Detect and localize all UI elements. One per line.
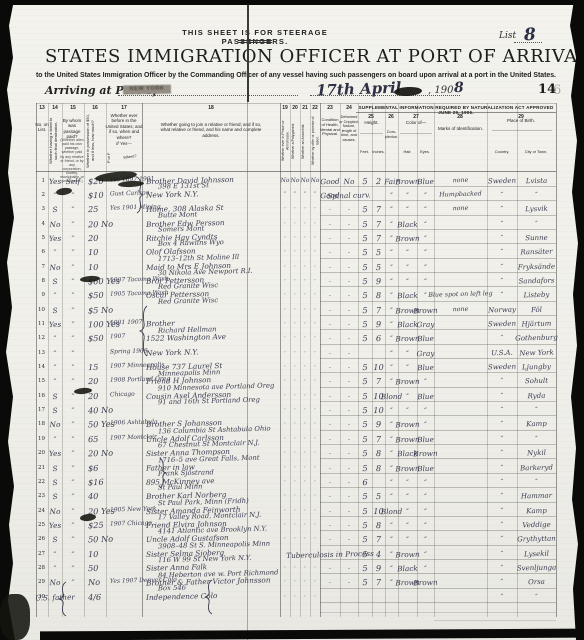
cell-marks: Blue spot on left leg bbox=[434, 288, 487, 304]
cell-paid: ″ bbox=[62, 432, 84, 447]
cell-q21: · bbox=[300, 231, 310, 246]
cell-hair: ″ bbox=[398, 403, 417, 418]
cell-country: ″ bbox=[487, 431, 517, 446]
col-29-country: Country. bbox=[488, 150, 516, 155]
cell-q19: · bbox=[280, 489, 290, 504]
manifest-row: 21S″$6Father in lawFrank Sjöstrand······… bbox=[0, 461, 584, 475]
cell-country: ″ bbox=[487, 259, 517, 274]
cell-q21: · bbox=[300, 317, 310, 332]
cell-country: Sweden bbox=[487, 317, 517, 332]
cell-deformed: · bbox=[340, 489, 358, 504]
cell-feet: 5 bbox=[358, 575, 372, 590]
cell-eyes: Brown bbox=[417, 302, 434, 317]
scan-edge-top bbox=[0, 0, 584, 5]
cell-inches: 5 bbox=[372, 259, 385, 274]
cell-q20: · bbox=[290, 561, 300, 576]
row-number: 13 bbox=[34, 350, 45, 356]
cell-ever: 1907 bbox=[110, 334, 125, 340]
cell-inches: 5 bbox=[372, 245, 385, 260]
cell-paid: ″ bbox=[62, 317, 84, 332]
cell-q21: · bbox=[300, 403, 310, 418]
cell-hair: Brown bbox=[398, 331, 417, 346]
cell-deformed: · bbox=[340, 331, 358, 346]
row-number: 17 bbox=[34, 407, 45, 413]
cell-inches: 7 bbox=[372, 302, 385, 317]
cell-q21: · bbox=[300, 202, 310, 217]
cell-q22: · bbox=[310, 202, 320, 217]
cell-q22: · bbox=[310, 216, 320, 231]
cell-q22: · bbox=[310, 231, 320, 246]
cell-country: ″ bbox=[487, 331, 517, 346]
cell-feet: 5 bbox=[358, 259, 372, 274]
cell-country: ″ bbox=[487, 274, 517, 289]
cell-city: Ransäter bbox=[517, 245, 556, 260]
cell-q22: · bbox=[310, 417, 320, 432]
cell-country: ″ bbox=[487, 474, 517, 489]
cell-city: Hjärtum bbox=[517, 316, 556, 331]
cell-ticket: U.S. father bbox=[48, 589, 62, 604]
cell-deformed: · bbox=[340, 475, 358, 490]
cell-q20: · bbox=[290, 446, 300, 461]
cell-city: Sohult bbox=[517, 374, 556, 389]
cell-feet: 5 bbox=[358, 231, 372, 246]
table-bottom-line bbox=[320, 612, 556, 613]
row-number: 25 bbox=[34, 522, 45, 528]
cell-feet: 5 bbox=[358, 561, 372, 576]
cell-complexion: ″ bbox=[385, 403, 398, 418]
row-number: 23 bbox=[34, 493, 45, 499]
row-number: 5 bbox=[34, 235, 45, 241]
cell-q19: · bbox=[280, 202, 290, 217]
cell-paid: ″ bbox=[62, 202, 84, 217]
column-number-15: 15 bbox=[67, 105, 79, 111]
cell-eyes: ″ bbox=[417, 374, 434, 389]
cell-ticket: No bbox=[48, 417, 62, 432]
cell-complexion: ″ bbox=[385, 274, 398, 289]
cell-health: · bbox=[320, 374, 340, 389]
cell-city: ″ bbox=[517, 216, 556, 231]
cell-money: $50 bbox=[88, 334, 104, 343]
cell-q22: · bbox=[310, 360, 320, 375]
cell-country: ″ bbox=[487, 518, 517, 533]
cell-eyes: Gray bbox=[417, 345, 434, 360]
cell-city: Sunne bbox=[517, 230, 556, 245]
row-number: 21 bbox=[34, 465, 45, 471]
cell-paid: ″ bbox=[62, 231, 84, 246]
cell-money: $50 bbox=[88, 291, 104, 300]
cell-q21: · bbox=[300, 374, 310, 389]
manifest-row: 2″″$10Gust CarlsonNew York N.Y.″″″″GoodS… bbox=[0, 188, 584, 202]
row-number: 22 bbox=[34, 479, 45, 485]
cell-money: $16 bbox=[88, 478, 104, 487]
cell-deformed: · bbox=[340, 403, 358, 418]
cell-country: ″ bbox=[487, 288, 517, 303]
table-bottom-line-2 bbox=[434, 620, 556, 621]
cell-hair: Black bbox=[398, 216, 417, 231]
cell-q20: · bbox=[290, 575, 300, 590]
cell-inches: 8 bbox=[372, 460, 385, 475]
row-number: 14 bbox=[34, 364, 45, 370]
banner-underline bbox=[356, 112, 556, 113]
cell-health: Good bbox=[320, 173, 340, 188]
cell-feet: 5 bbox=[358, 546, 372, 561]
row-number: 2 bbox=[34, 192, 45, 198]
cell-country: ″ bbox=[487, 503, 517, 518]
cell-paid: ″ bbox=[62, 546, 84, 561]
manifest-row: 11Yes″100 Yes1901 1907BrotherRichard Hel… bbox=[0, 317, 584, 331]
cell-deformed: · bbox=[340, 446, 358, 461]
cell-q19: · bbox=[280, 589, 290, 604]
cell-city: Listeby bbox=[517, 288, 556, 303]
manifest-row: 10S″$5 No······57″BrownBrownnoneNorwayFö… bbox=[0, 303, 584, 317]
cell-feet: 5 bbox=[358, 489, 372, 504]
cell-q20: · bbox=[290, 489, 300, 504]
manifest-row: 22S″$16895 McKinney aveSt Paul Minn·····… bbox=[0, 475, 584, 489]
cell-q22: · bbox=[310, 374, 320, 389]
cell-country: U.S.A. bbox=[487, 345, 517, 360]
cell-hair: ″ bbox=[398, 259, 417, 274]
cell-q19: · bbox=[280, 460, 290, 475]
cell-paid: ″ bbox=[62, 489, 84, 504]
cell-q19: · bbox=[280, 374, 290, 389]
column-number-28: 28 bbox=[454, 114, 466, 120]
row-number: 26 bbox=[34, 536, 45, 542]
cell-eyes: ″ bbox=[417, 489, 434, 504]
cell-deformed: · bbox=[340, 288, 358, 303]
cell-q20: · bbox=[290, 417, 300, 432]
cell-q19: · bbox=[280, 331, 290, 346]
manifest-row: 17S″40 No······510″″″″″ bbox=[0, 403, 584, 417]
cell-q20: · bbox=[290, 389, 300, 404]
cell-hair: Brown bbox=[398, 432, 417, 447]
cell-q19: · bbox=[280, 518, 290, 533]
column-number-25: 25 bbox=[365, 114, 377, 120]
cell-q21: · bbox=[300, 589, 310, 604]
cell-q20: · bbox=[290, 202, 300, 217]
cell-ticket: S bbox=[48, 274, 62, 289]
cell-country: ″ bbox=[487, 374, 517, 389]
cell-deformed: · bbox=[340, 575, 358, 590]
cell-q21: · bbox=[300, 216, 310, 231]
cell-q19: · bbox=[280, 346, 290, 361]
cell-eyes: ″ bbox=[417, 518, 434, 533]
cell-eyes: Gray bbox=[417, 317, 434, 332]
cell-inches: 7 bbox=[372, 374, 385, 389]
cell-city: Hammar bbox=[517, 489, 556, 504]
cell-eyes: ″ bbox=[417, 561, 434, 576]
cell-eyes: Blue bbox=[417, 432, 434, 447]
row-number: 4 bbox=[34, 221, 45, 227]
column-number-26: 26 bbox=[385, 114, 397, 120]
cell-q22: ″ bbox=[310, 188, 320, 203]
cell-health: · bbox=[320, 360, 340, 375]
row-number: 8 bbox=[34, 278, 45, 284]
cell-country: ″ bbox=[487, 216, 517, 231]
cell-hair: ″ bbox=[398, 202, 417, 217]
port-stamp: NEW YORK bbox=[123, 85, 171, 95]
cell-complexion: Blond bbox=[385, 389, 398, 404]
manifest-row: 29No″NoYes 1907 Denver ColoBrother & Fat… bbox=[0, 575, 584, 589]
cell-q21: · bbox=[300, 432, 310, 447]
cell-feet: 5 bbox=[358, 389, 372, 404]
col-22-header: Whether by offer or promise of labor. bbox=[311, 112, 319, 170]
cell-q21: · bbox=[300, 288, 310, 303]
manifest-row: 14″″151907 MinneapolisHouse 737 Laurel S… bbox=[0, 360, 584, 374]
date-printed: , 190 bbox=[428, 85, 453, 96]
cell-q21: · bbox=[300, 532, 310, 547]
cell-q20: · bbox=[290, 231, 300, 246]
cell-health: · bbox=[320, 345, 340, 360]
row-number: 28 bbox=[34, 565, 45, 571]
manifest-row: 9″″$501905 Tacoma WashOscar PetterssonRe… bbox=[0, 288, 584, 302]
cell-eyes: ″ bbox=[417, 245, 434, 260]
cell-health: · bbox=[320, 331, 340, 346]
cell-deformed: · bbox=[340, 460, 358, 475]
cell-q22: · bbox=[310, 274, 320, 289]
cell-city: New York bbox=[517, 345, 556, 360]
cell-ticket: S bbox=[48, 389, 62, 404]
cell-ticket: ″ bbox=[48, 432, 62, 447]
cell-health: · bbox=[320, 231, 340, 246]
cell-money: 10 bbox=[88, 549, 99, 557]
row-number: 15 bbox=[34, 378, 45, 384]
cell-q19: No bbox=[280, 173, 290, 188]
column-number-27: 27 bbox=[410, 114, 422, 120]
col-27-header: Color of— bbox=[398, 120, 434, 125]
cell-hair: ″ bbox=[398, 503, 417, 518]
cell-eyes: Brown bbox=[417, 575, 434, 590]
cell-paid: ″ bbox=[62, 345, 84, 360]
cell-inches: 5 bbox=[372, 489, 385, 504]
cell-feet: 5 bbox=[358, 317, 372, 332]
cell-q19: · bbox=[280, 403, 290, 418]
cell-hair: ″ bbox=[398, 188, 417, 203]
cell-city: Orsa bbox=[517, 575, 556, 590]
cell-eyes: ″ bbox=[417, 216, 434, 231]
cell-feet: 5 bbox=[358, 331, 372, 346]
cell-feet: 5 bbox=[358, 518, 372, 533]
cell-q22: · bbox=[310, 245, 320, 260]
cell-ticket: ″ bbox=[48, 288, 62, 303]
cell-q21: · bbox=[300, 360, 310, 375]
cell-eyes: Blue bbox=[417, 331, 434, 346]
cell-ticket: ″ bbox=[48, 374, 62, 389]
cell-q20: · bbox=[290, 374, 300, 389]
cell-money: $6 bbox=[88, 463, 99, 471]
cell-money: 20 bbox=[88, 234, 99, 242]
cell-feet: 6 bbox=[358, 475, 372, 490]
cell-complexion: ″ bbox=[385, 259, 398, 274]
row-number: 16 bbox=[34, 393, 45, 399]
cell-inches: 9 bbox=[372, 274, 385, 289]
cell-q21: · bbox=[300, 417, 310, 432]
cell-marks: none bbox=[434, 173, 487, 189]
cell-ticket: S bbox=[48, 489, 62, 504]
cell-ticket: Yes bbox=[48, 231, 62, 246]
cell-hair: Brown bbox=[398, 374, 417, 389]
cell-country: ″ bbox=[487, 202, 517, 217]
page-title: STATES IMMIGRATION OFFICER AT PORT OF AR… bbox=[45, 46, 584, 67]
steerage-notice: THIS SHEET IS FOR STEERAGE PASSENGERS. bbox=[150, 28, 360, 46]
cell-hair: ″ bbox=[398, 274, 417, 289]
cell-money: 20 bbox=[88, 377, 99, 385]
cell-health: · bbox=[320, 475, 340, 490]
cell-ticket: S bbox=[48, 403, 62, 418]
cell-ticket: ″ bbox=[48, 346, 62, 361]
cell-inches: 4 bbox=[372, 546, 385, 561]
row-number: 27 bbox=[34, 551, 45, 557]
manifest-row: 20Yes″20 NoSister Anna Thompson1716–5 av… bbox=[0, 446, 584, 460]
cell-inches: 7 bbox=[372, 575, 385, 590]
page-fold-line-top bbox=[247, 0, 249, 102]
table-top-line bbox=[36, 103, 556, 104]
cell-deformed: · bbox=[340, 518, 358, 533]
cell-money: 40 bbox=[88, 492, 99, 500]
column-number-17: 17 bbox=[118, 105, 130, 111]
manifest-row: 6″″10Olof Olafsson1713–12th St Moline Il… bbox=[0, 245, 584, 259]
row-number: 10 bbox=[34, 307, 45, 313]
cell-city: Veddige bbox=[517, 517, 556, 532]
col-13-header: No. on List. bbox=[35, 122, 49, 133]
cell-money: 20 No bbox=[88, 449, 113, 458]
cell-q19: · bbox=[280, 259, 290, 274]
col-18-header: Whether going to join a relative or frie… bbox=[156, 122, 266, 138]
cell-ticket: No bbox=[48, 216, 62, 231]
cell-marks: Humpbacked bbox=[434, 187, 487, 203]
cell-paid: ″ bbox=[62, 532, 84, 547]
cell-country: ″ bbox=[487, 460, 517, 475]
cell-q22: · bbox=[310, 532, 320, 547]
cell-q22: · bbox=[310, 561, 320, 576]
col-28-header: Marks of Identification. bbox=[436, 126, 485, 131]
cell-feet: 5 bbox=[358, 288, 372, 303]
cell-paid: ″ bbox=[62, 460, 84, 475]
cell-q20: · bbox=[290, 360, 300, 375]
cell-q22: · bbox=[310, 432, 320, 447]
column-number-14: 14 bbox=[49, 105, 61, 111]
colorof-dash bbox=[400, 133, 432, 134]
cell-q19: ″ bbox=[280, 188, 290, 203]
cell-hair: Black bbox=[398, 288, 417, 303]
cell-q22: · bbox=[310, 403, 320, 418]
cell-relative: New York N.Y. bbox=[146, 348, 199, 357]
cell-q20: · bbox=[290, 518, 300, 533]
cell-country: ″ bbox=[487, 388, 517, 403]
date-year-digit: 8 bbox=[454, 80, 464, 96]
cell-deformed: · bbox=[340, 561, 358, 576]
cell-eyes: ″ bbox=[417, 532, 434, 547]
cell-deformed: · bbox=[340, 317, 358, 332]
cell-ticket: S bbox=[48, 460, 62, 475]
cell-inches: 7 bbox=[372, 432, 385, 447]
row-number: 20 bbox=[34, 450, 45, 456]
cell-q19: · bbox=[280, 360, 290, 375]
cell-q21: · bbox=[300, 274, 310, 289]
cell-hair: ″ bbox=[398, 532, 417, 547]
cell-q20: No bbox=[290, 173, 300, 188]
cell-hair: ″ bbox=[398, 245, 417, 260]
cell-marks: none bbox=[434, 302, 487, 318]
cell-complexion: ″ bbox=[385, 188, 398, 203]
cell-ticket: S bbox=[48, 302, 62, 317]
cell-paid: Self bbox=[62, 173, 84, 188]
cell-q20: · bbox=[290, 589, 300, 604]
manifest-row: 26S″50 NoUncle Adolf Gustafson3908–48 St… bbox=[0, 532, 584, 546]
cell-city: Sandafors bbox=[517, 273, 556, 288]
cell-complexion: Blond bbox=[385, 503, 398, 518]
cell-q19: · bbox=[280, 503, 290, 518]
cell-health: · bbox=[320, 389, 340, 404]
cell-money: $10 bbox=[88, 191, 104, 200]
manifest-row: 4No″20 NoBrother Edw PerssonSomers Mont·… bbox=[0, 217, 584, 231]
cell-q22: · bbox=[310, 518, 320, 533]
cell-inches: 6 bbox=[372, 331, 385, 346]
cell-q19: · bbox=[280, 532, 290, 547]
cell-q21: · bbox=[300, 475, 310, 490]
cell-deformed: · bbox=[340, 202, 358, 217]
cell-feet: 5 bbox=[358, 446, 372, 461]
cell-city: Ljungby bbox=[517, 359, 556, 374]
cell-eyes: ″ bbox=[417, 503, 434, 518]
cell-q22: · bbox=[310, 575, 320, 590]
cell-deformed: Spinal curv. bbox=[340, 188, 358, 203]
cell-deformed: · bbox=[340, 302, 358, 317]
manifest-row: 19″″651907 MontclairUncle Adolf Carlsson… bbox=[0, 432, 584, 446]
cell-q22: · bbox=[310, 302, 320, 317]
cell-q21: · bbox=[300, 346, 310, 361]
cell-health: · bbox=[320, 432, 340, 447]
cell-hair: ″ bbox=[398, 345, 417, 360]
cell-deformed: · bbox=[340, 345, 358, 360]
birth-dash bbox=[492, 130, 552, 131]
cell-health: · bbox=[320, 317, 340, 332]
cell-paid: ″ bbox=[62, 302, 84, 317]
cell-eyes: ″ bbox=[417, 403, 434, 418]
cell-complexion: ″ bbox=[385, 475, 398, 490]
cell-hair: Brown bbox=[398, 417, 417, 432]
cell-hair: ″ bbox=[398, 360, 417, 375]
cell-feet: 5 bbox=[358, 360, 372, 375]
cell-health: · bbox=[320, 259, 340, 274]
col-17-header: Whether ever before in the United States… bbox=[105, 113, 143, 140]
row-number: 3 bbox=[34, 206, 45, 212]
cell-q21: · bbox=[300, 389, 310, 404]
scan-edge-bottom-bar bbox=[40, 629, 584, 640]
cell-paid: ″ bbox=[62, 475, 84, 490]
cell-q21: · bbox=[300, 518, 310, 533]
cell-health: · bbox=[320, 288, 340, 303]
scan-corner-blot bbox=[0, 594, 30, 640]
cell-deformed: · bbox=[340, 532, 358, 547]
cell-city: Fryksände bbox=[517, 259, 556, 274]
cell-ever: 1901 1907 bbox=[110, 320, 143, 327]
row-number: 6 bbox=[34, 249, 45, 255]
port-rule bbox=[118, 95, 298, 96]
row-number: 1 bbox=[34, 178, 45, 184]
cell-inches: 7 bbox=[372, 202, 385, 217]
cell-eyes: Blue bbox=[417, 173, 434, 188]
cell-q19: · bbox=[280, 317, 290, 332]
cell-eyes: ″ bbox=[417, 202, 434, 217]
manifest-row: 30U.S. father4/6Independence Colo····″″ bbox=[0, 590, 584, 604]
cell-paid: ″ bbox=[62, 575, 84, 590]
cell-paid: ″ bbox=[62, 417, 84, 432]
cell-q22: · bbox=[310, 288, 320, 303]
cell-q20: · bbox=[290, 302, 300, 317]
cell-hair: Black bbox=[398, 317, 417, 332]
cell-city: Barkeryd bbox=[517, 460, 556, 475]
cell-eyes: Brown bbox=[417, 446, 434, 461]
